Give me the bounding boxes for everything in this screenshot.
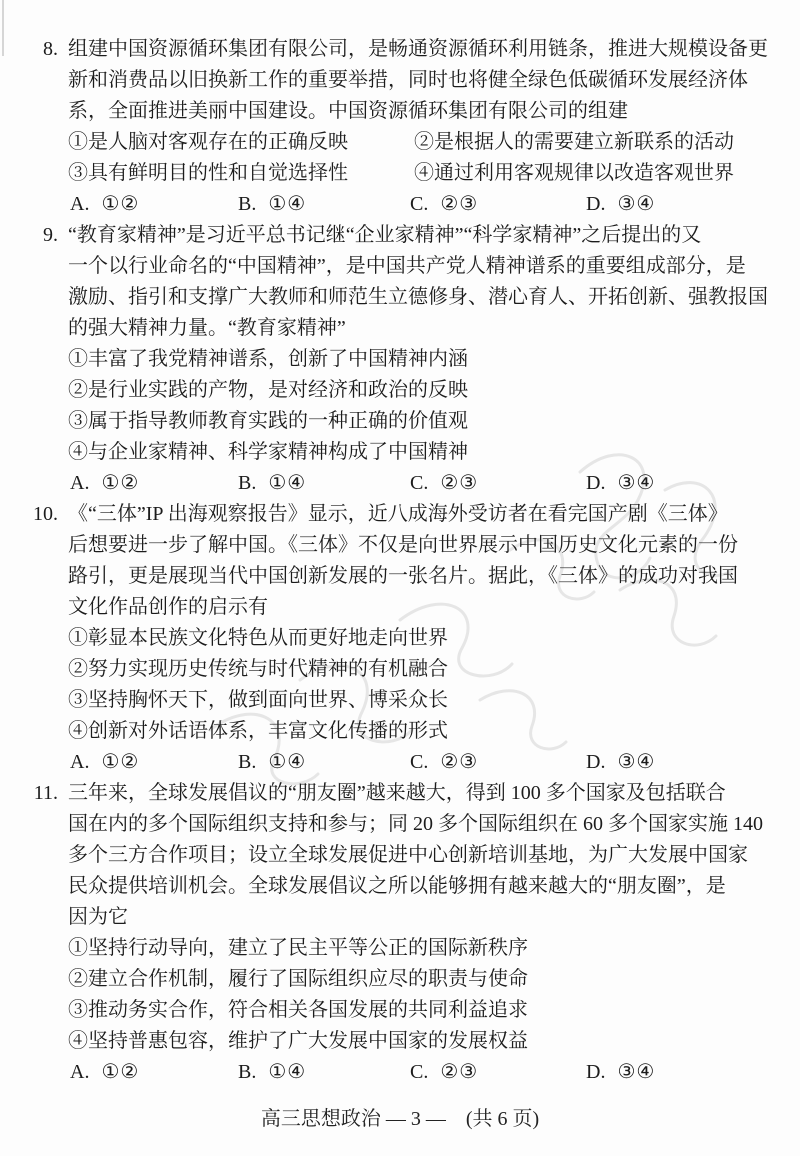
choice-value: ③④ [617,751,655,773]
item-2: ②努力实现历史传统与时代精神的有机融合 [68,654,772,685]
question-number: 10. [0,499,58,530]
question-9: 9. “教育家精神”是习近平总书记继“企业家精神”“科学家精神”之后提出的又 一… [0,220,800,499]
choice-label: D. [586,193,605,215]
item-3: ③坚持胸怀天下，做到面向世界、博采众长 [68,685,772,716]
stem-line: 组建中国资源循环集团有限公司，是畅通资源循环利用链条，推进大规模设备更 [68,34,772,65]
choice-d: D.③④ [586,189,772,220]
choice-label: C. [410,1061,428,1083]
item-2: ②是根据人的需要建立新联系的活动 [414,127,772,158]
stem-line: 新和消费品以旧换新工作的重要举措，同时也将健全绿色低碳循环发展经济体 [68,65,772,96]
choice-d: D.③④ [586,747,772,778]
choice-label: C. [410,751,428,773]
choice-a: A.①② [70,747,238,778]
choice-label: A. [70,1061,89,1083]
choice-label: D. [586,472,605,494]
question-number: 11. [0,778,58,809]
choice-label: D. [586,1061,605,1083]
choice-b: B.①④ [238,189,410,220]
choices-row: A.①② B.①④ C.②③ D.③④ [68,189,772,220]
choice-value: ①② [101,751,139,773]
choice-value: ③④ [617,193,655,215]
choice-c: C.②③ [410,468,586,499]
stem-line: 后想要进一步了解中国。《三体》不仅是向世界展示中国历史文化元素的一份 [68,530,772,561]
stem-line: “教育家精神”是习近平总书记继“企业家精神”“科学家精神”之后提出的又 [68,220,772,251]
item-1: ①是人脑对客观存在的正确反映 [68,127,414,158]
choice-value: ③④ [617,472,655,494]
choice-value: ②③ [440,193,478,215]
choice-label: B. [238,193,256,215]
choice-value: ①④ [268,193,306,215]
question-10: 10. 《“三体”IP 出海观察报告》显示，近八成海外受访者在看完国产剧《三体》… [0,499,800,778]
choice-value: ①② [101,1061,139,1083]
choices-row: A.①② B.①④ C.②③ D.③④ [68,1057,772,1088]
stem-line: 系，全面推进美丽中国建设。中国资源循环集团有限公司的组建 [68,96,772,127]
page-footer: 高三思想政治 — 3 — (共 6 页) [0,1104,800,1135]
item-3: ③具有鲜明目的性和自觉选择性 [68,158,414,189]
item-4: ④坚持普惠包容，维护了广大发展中国家的发展权益 [68,1026,772,1057]
stem-line: 的强大精神力量。“教育家精神” [68,313,772,344]
question-11: 11. 三年来，全球发展倡议的“朋友圈”越来越大，得到 100 多个国家及包括联… [0,778,800,1088]
document-body: 8. 组建中国资源循环集团有限公司，是畅通资源循环利用链条，推进大规模设备更 新… [0,34,800,1088]
stem-line: 文化作品创作的启示有 [68,592,772,623]
choice-label: B. [238,1061,256,1083]
choice-c: C.②③ [410,747,586,778]
choice-label: A. [70,472,89,494]
choice-c: C.②③ [410,189,586,220]
exam-page: { "page": { "footer": "高三思想政治 — 3 — (共 6… [0,0,800,1156]
question-number: 8. [0,34,58,65]
choice-value: ②③ [440,1061,478,1083]
item-2: ②是行业实践的产物，是对经济和政治的反映 [68,375,772,406]
question-number: 9. [0,220,58,251]
choice-value: ①④ [268,472,306,494]
stem-line: 《“三体”IP 出海观察报告》显示，近八成海外受访者在看完国产剧《三体》 [68,499,772,530]
choice-b: B.①④ [238,1057,410,1088]
choice-d: D.③④ [586,468,772,499]
item-4: ④创新对外话语体系，丰富文化传播的形式 [68,716,772,747]
choice-label: A. [70,193,89,215]
choice-value: ③④ [617,1061,655,1083]
choice-c: C.②③ [410,1057,586,1088]
item-1: ①丰富了我党精神谱系，创新了中国精神内涵 [68,344,772,375]
stem-line: 国在内的多个国际组织支持和参与；同 20 多个国际组织在 60 多个国家实施 1… [68,809,772,840]
choice-label: A. [70,751,89,773]
choice-value: ②③ [440,751,478,773]
item-1: ①彰显本民族文化特色从而更好地走向世界 [68,623,772,654]
choice-label: D. [586,751,605,773]
choice-d: D.③④ [586,1057,772,1088]
item-1: ①坚持行动导向，建立了民主平等公正的国际新秩序 [68,933,772,964]
choices-row: A.①② B.①④ C.②③ D.③④ [68,468,772,499]
item-4: ④与企业家精神、科学家精神构成了中国精神 [68,437,772,468]
stem-line: 因为它 [68,902,772,933]
choice-b: B.①④ [238,468,410,499]
choices-row: A.①② B.①④ C.②③ D.③④ [68,747,772,778]
choice-label: B. [238,472,256,494]
choice-value: ②③ [440,472,478,494]
item-4: ④通过利用客观规律以改造客观世界 [414,158,772,189]
item-3: ③推动务实合作，符合相关各国发展的共同利益追求 [68,995,772,1026]
question-8: 8. 组建中国资源循环集团有限公司，是畅通资源循环利用链条，推进大规模设备更 新… [0,34,800,220]
stem-line: 激励、指引和支撑广大教师和师范生立德修身、潜心育人、开拓创新、强教报国 [68,282,772,313]
item-3: ③属于指导教师教育实践的一种正确的价值观 [68,406,772,437]
choice-label: C. [410,193,428,215]
choice-a: A.①② [70,1057,238,1088]
stem-line: 民众提供培训机会。全球发展倡议之所以能够拥有越来越大的“朋友圈”，是 [68,871,772,902]
choice-value: ①② [101,193,139,215]
item-row: ①是人脑对客观存在的正确反映 ②是根据人的需要建立新联系的活动 [68,127,772,158]
choice-b: B.①④ [238,747,410,778]
choice-value: ①② [101,472,139,494]
choice-a: A.①② [70,189,238,220]
stem-line: 三年来，全球发展倡议的“朋友圈”越来越大，得到 100 多个国家及包括联合 [68,778,772,809]
choice-label: C. [410,472,428,494]
item-2: ②建立合作机制，履行了国际组织应尽的职责与使命 [68,964,772,995]
item-row: ③具有鲜明目的性和自觉选择性 ④通过利用客观规律以改造客观世界 [68,158,772,189]
stem-line: 一个以行业命名的“中国精神”，是中国共产党人精神谱系的重要组成部分，是 [68,251,772,282]
stem-line: 路引，更是展现当代中国创新发展的一张名片。据此，《三体》的成功对我国 [68,561,772,592]
choice-value: ①④ [268,751,306,773]
choice-label: B. [238,751,256,773]
stem-line: 多个三方合作项目；设立全球发展促进中心创新培训基地，为广大发展中国家 [68,840,772,871]
choice-a: A.①② [70,468,238,499]
choice-value: ①④ [268,1061,306,1083]
